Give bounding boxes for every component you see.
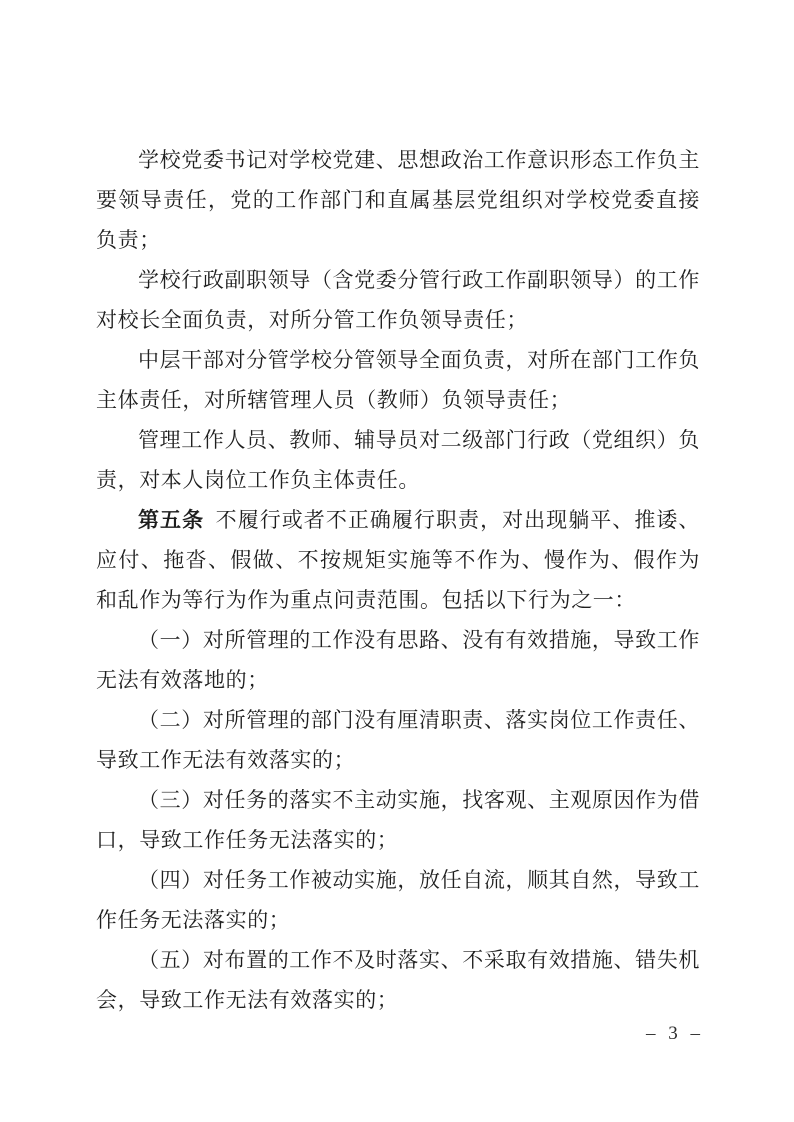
paragraph-item-1: （一）对所管理的工作没有思路、没有有效措施，导致工作无法有效落地的； [96,620,700,700]
paragraph-item-4: （四）对任务工作被动实施，放任自流，顺其自然，导致工作任务无法落实的； [96,860,700,940]
page-number: – 3 – [646,1022,704,1046]
article-5-number: 第五条 [138,508,204,532]
paragraph-article-5: 第五条不履行或者不正确履行职责，对出现躺平、推诿、应付、拖沓、假做、不按规矩实施… [96,500,700,620]
paragraph-responsibility-staff: 管理工作人员、教师、辅导员对二级部门行政（党组织）负责，对本人岗位工作负主体责任… [96,420,700,500]
paragraph-responsibility-secretary: 学校党委书记对学校党建、思想政治工作意识形态工作负主要领导责任，党的工作部门和直… [96,140,700,260]
document-page: 学校党委书记对学校党建、思想政治工作意识形态工作负主要领导责任，党的工作部门和直… [0,0,794,1122]
paragraph-item-5: （五）对布置的工作不及时落实、不采取有效措施、错失机会，导致工作无法有效落实的； [96,940,700,1020]
document-body: 学校党委书记对学校党建、思想政治工作意识形态工作负主要领导责任，党的工作部门和直… [96,140,700,1020]
paragraph-item-3: （三）对任务的落实不主动实施，找客观、主观原因作为借口，导致工作任务无法落实的； [96,780,700,860]
paragraph-responsibility-middle-cadres: 中层干部对分管学校分管领导全面负责，对所在部门工作负主体责任，对所辖管理人员（教… [96,340,700,420]
paragraph-responsibility-vice-leaders: 学校行政副职领导（含党委分管行政工作副职领导）的工作对校长全面负责，对所分管工作… [96,260,700,340]
paragraph-item-2: （二）对所管理的部门没有厘清职责、落实岗位工作责任、导致工作无法有效落实的； [96,700,700,780]
